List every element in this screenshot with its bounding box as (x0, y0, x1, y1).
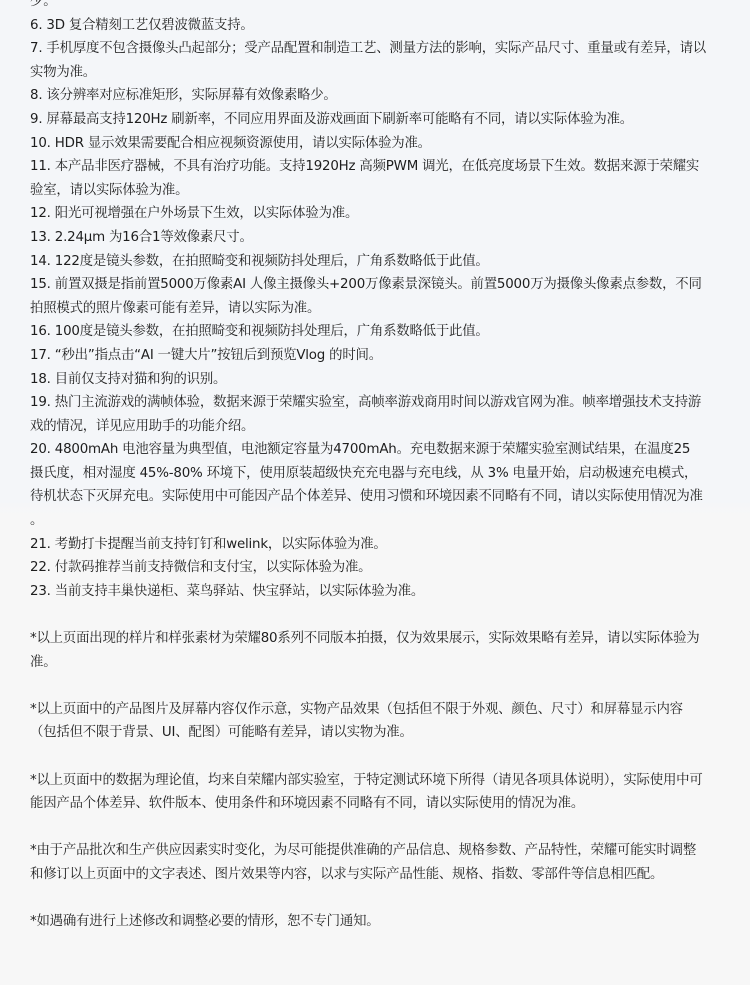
footnote-15: 15. 前置双摄是指前置5000万像素AI 人像主摄像头+200万像素景深镜头。… (30, 273, 707, 320)
disclaimer-list: *以上页面出现的样片和样张素材为荣耀80系列不同版本拍摄，仅为效果展示，实际效果… (30, 627, 707, 934)
footnote-20-period: 。 (30, 509, 707, 533)
disclaimer-theoretical-data: *以上页面中的数据为理论值，均来自荣耀内部实验室，于特定测试环境下所得（请见各项… (30, 769, 707, 816)
footnote-11: 11. 本产品非医疗器械，不具有治疗功能。支持1920Hz 高频PWM 调光，在… (30, 155, 707, 202)
footnote-7: 7. 手机厚度不包含摄像头凸起部分；受产品配置和制造工艺、测量方法的影响，实际产… (30, 37, 707, 84)
footnote-6: 6. 3D 复合精刻工艺仅碧波微蓝支持。 (30, 14, 707, 38)
disclaimer-no-notice: *如遇确有进行上述修改和调整必要的情形，恕不专门通知。 (30, 910, 707, 934)
footnote-20: 20. 4800mAh 电池容量为典型值，电池额定容量为4700mAh。充电数据… (30, 438, 707, 509)
footnote-9: 9. 屏幕最高支持120Hz 刷新率，不同应用界面及游戏画面下刷新率可能略有不同… (30, 108, 707, 132)
footnote-10: 10. HDR 显示效果需要配合相应视频资源使用，请以实际体验为准。 (30, 132, 707, 156)
footnotes-page: 少。 6. 3D 复合精刻工艺仅碧波微蓝支持。 7. 手机厚度不包含摄像头凸起部… (0, 0, 750, 934)
footnote-21: 21. 考勤打卡提醒当前支持钉钉和welink，以实际体验为准。 (30, 533, 707, 557)
disclaimer-realtime-changes: *由于产品批次和生产供应因素实时变化，为尽可能提供准确的产品信息、规格参数、产品… (30, 839, 707, 886)
footnote-17: 17. “秒出”指点击“AI 一键大片”按钮后到预览Vlog 的时间。 (30, 344, 707, 368)
footnote-12: 12. 阳光可视增强在户外场景下生效，以实际体验为准。 (30, 202, 707, 226)
footnote-18: 18. 目前仅支持对猫和狗的识别。 (30, 368, 707, 392)
footnote-23: 23. 当前支持丰巢快递柜、菜鸟驿站、快宝驿站，以实际体验为准。 (30, 580, 707, 604)
footnote-22: 22. 付款码推荐当前支持微信和支付宝，以实际体验为准。 (30, 556, 707, 580)
disclaimer-product-images: *以上页面中的产品图片及屏幕内容仅作示意，实物产品效果（包括但不限于外观、颜色、… (30, 698, 707, 745)
footnote-list: 少。 6. 3D 复合精刻工艺仅碧波微蓝支持。 7. 手机厚度不包含摄像头凸起部… (30, 0, 707, 603)
footnote-8: 8. 该分辨率对应标准矩形，实际屏幕有效像素略少。 (30, 84, 707, 108)
footnote-13: 13. 2.24μm 为16合1等效像素尺寸。 (30, 226, 707, 250)
footnote-14: 14. 122度是镜头参数，在拍照畸变和视频防抖处理后，广角系数略低于此值。 (30, 250, 707, 274)
footnote-16: 16. 100度是镜头参数，在拍照畸变和视频防抖处理后，广角系数略低于此值。 (30, 320, 707, 344)
footnote-19: 19. 热门主流游戏的满帧体验，数据来源于荣耀实验室，高帧率游戏商用时间以游戏官… (30, 391, 707, 438)
disclaimer-sample-photos: *以上页面出现的样片和样张素材为荣耀80系列不同版本拍摄，仅为效果展示，实际效果… (30, 627, 707, 674)
footnote-continuation: 少。 (30, 0, 707, 14)
